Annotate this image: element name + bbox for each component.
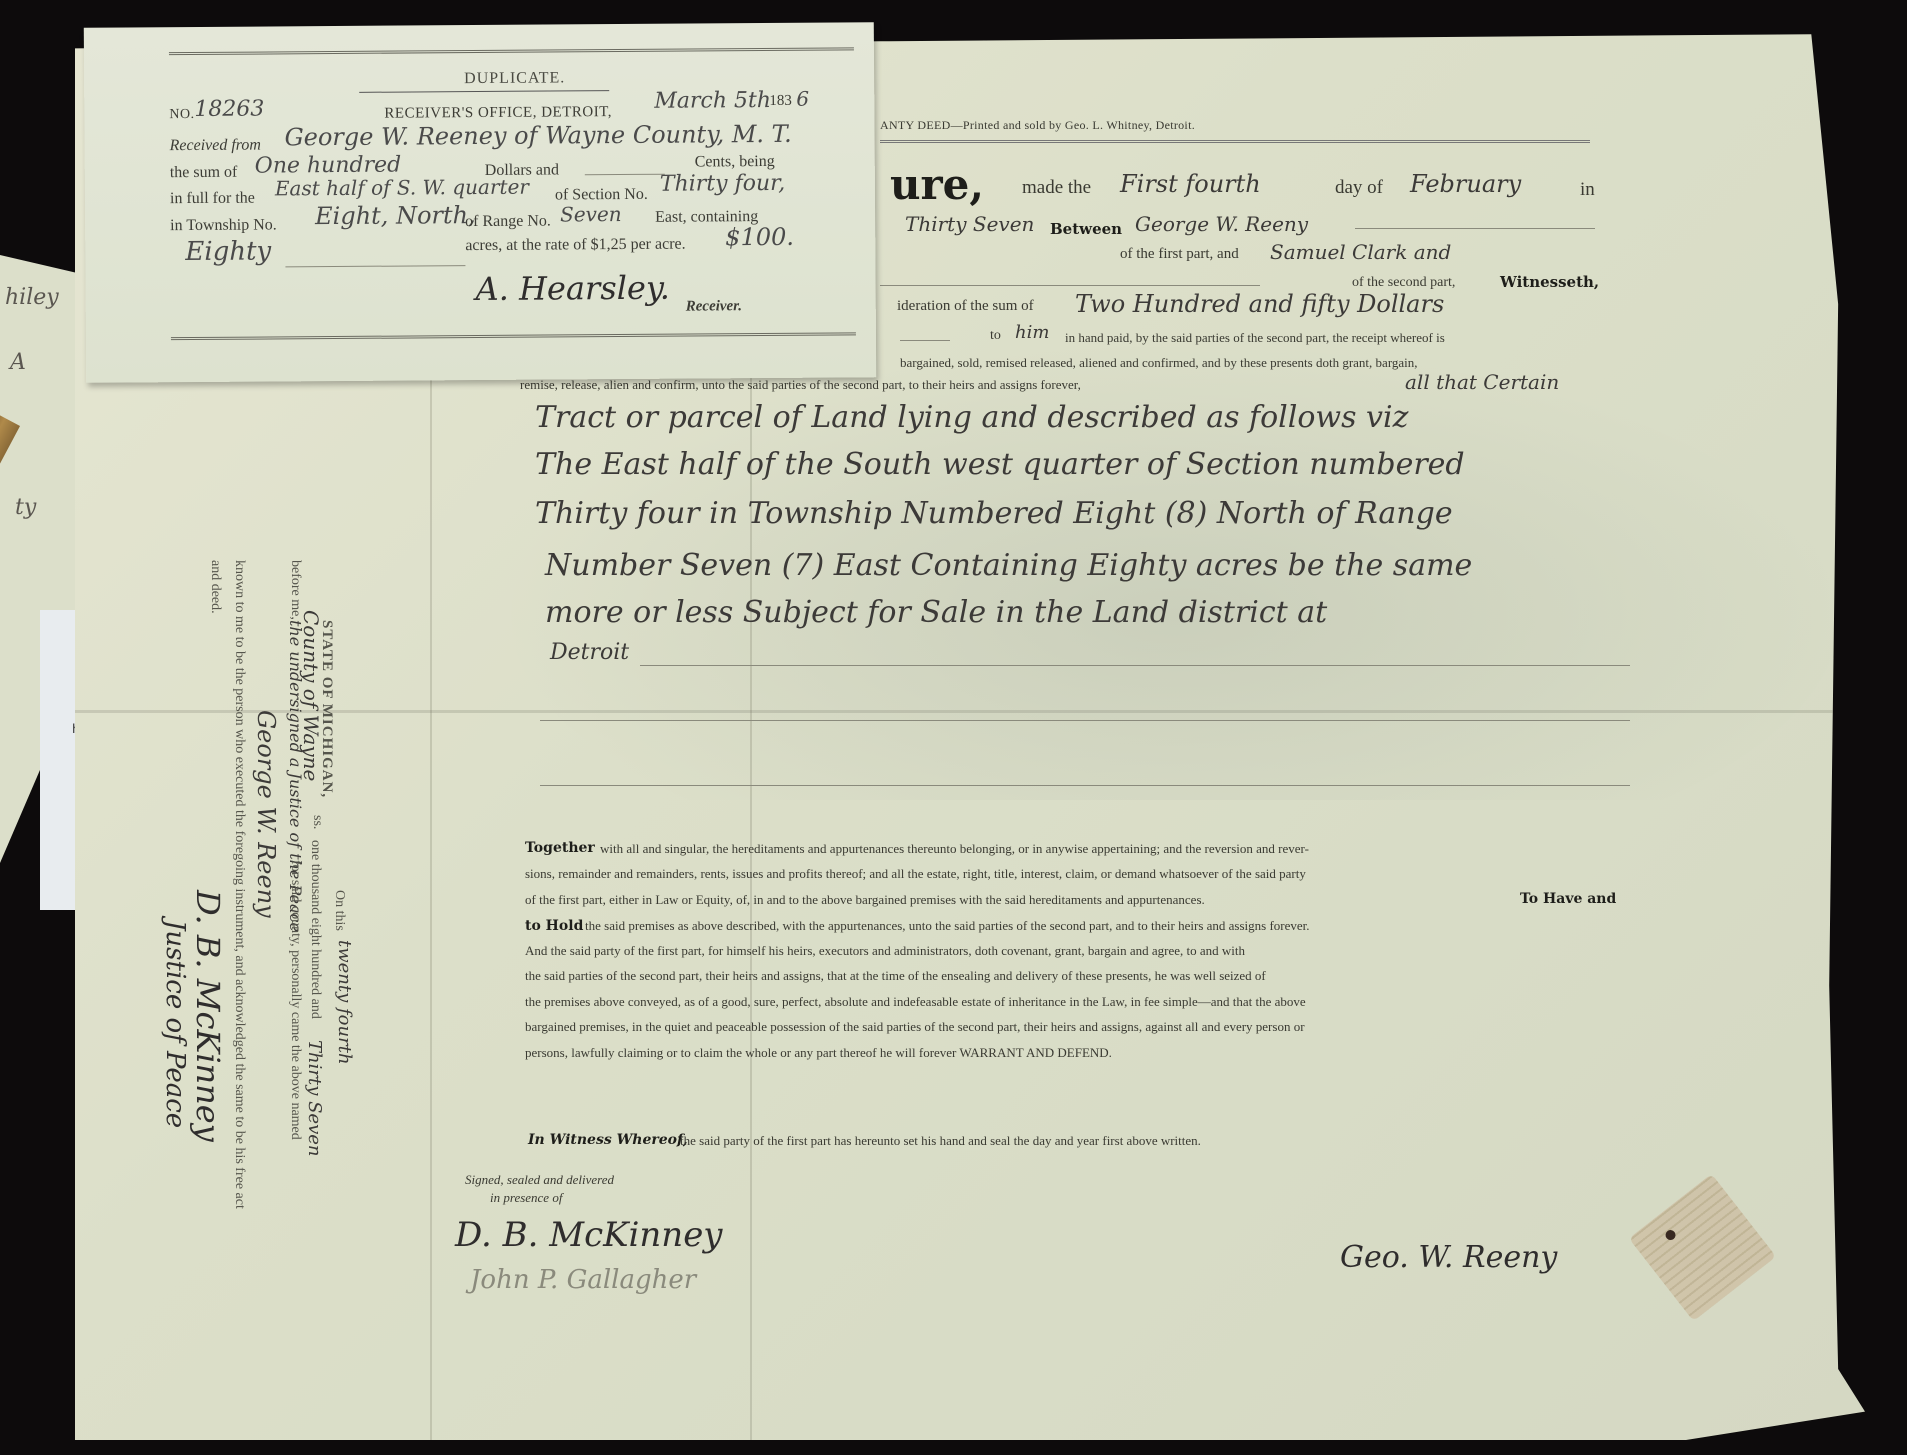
- county-text: for said county, personally came the abo…: [287, 860, 303, 1140]
- header-rule: [880, 140, 1590, 143]
- year-print: 183: [769, 93, 792, 110]
- justice-title-handwritten: Justice of Peace: [160, 920, 190, 1128]
- habendum-line: the said premises as above described, wi…: [585, 918, 1310, 934]
- to-label: to: [990, 328, 1001, 344]
- township-handwritten: Eight, North,: [315, 201, 476, 230]
- in-label: in: [1580, 179, 1595, 201]
- consideration-handwritten: Two Hundred and fifty Dollars: [1075, 290, 1444, 318]
- handwriting-fragment: ty: [15, 495, 36, 520]
- habendum-line: And the said party of the first part, fo…: [525, 943, 1245, 959]
- land-office-receipt: DUPLICATE. NO. 18263 RECEIVER'S OFFICE, …: [84, 22, 876, 383]
- grantor-handwritten: George W. Reeny: [1135, 212, 1308, 236]
- description-line: Number Seven (7) East Containing Eighty …: [545, 548, 1472, 583]
- cents-label: Cents, being: [695, 153, 775, 172]
- handwriting-fragment: A: [10, 350, 26, 375]
- month-handwritten: February: [1410, 170, 1521, 198]
- receipt-date: March 5th: [654, 88, 771, 114]
- and-deed-text: and deed.: [207, 560, 223, 614]
- signed-label: Signed, sealed and delivered: [465, 1172, 614, 1188]
- duplicate-heading: DUPLICATE.: [464, 69, 565, 88]
- remise-text: remise, release, alien and confirm, unto…: [520, 377, 1081, 393]
- habendum-line: persons, lawfully claiming or to claim t…: [525, 1045, 1112, 1061]
- witness-signature: D. B. McKinney: [455, 1215, 723, 1255]
- bargained-text: bargained, sold, remised released, alien…: [900, 355, 1418, 371]
- habendum-line: sions, remainder and remainders, rents, …: [525, 866, 1306, 882]
- first-part-label: of the first part, and: [1120, 246, 1239, 263]
- together-heading: Together: [525, 840, 595, 856]
- witness-text: the said party of the first part has her…: [680, 1133, 1201, 1149]
- received-from-label: Received from: [170, 137, 261, 156]
- gothic-heading: ure,: [890, 160, 984, 209]
- printer-line: ANTY DEED—Printed and sold by Geo. L. Wh…: [880, 118, 1195, 133]
- ack-year-handwritten: Thirty Seven: [304, 1040, 325, 1156]
- range-handwritten: Seven: [560, 202, 622, 226]
- fill-line: [900, 340, 950, 341]
- receiver-label: Receiver.: [686, 298, 742, 315]
- in-full-label: in full for the: [170, 190, 255, 209]
- habendum-line: with all and singular, the hereditaments…: [600, 841, 1309, 857]
- ss-label: ss.: [309, 815, 325, 829]
- seal-hole: [1664, 1228, 1678, 1242]
- habendum-line: of the first part, either in Law or Equi…: [525, 892, 1205, 908]
- year-handwritten: 6: [796, 87, 809, 111]
- sum-handwritten: One hundred: [255, 153, 402, 179]
- consideration-label: ideration of the sum of: [897, 298, 1034, 315]
- fill-line: [1355, 228, 1595, 229]
- acres-line: [285, 265, 465, 267]
- paid-text: in hand paid, by the said parties of the…: [1065, 330, 1445, 346]
- habendum-line: the premises above conveyed, as of a goo…: [525, 994, 1306, 1010]
- range-label: of Range No.: [465, 213, 551, 232]
- receipt-top-rule: [169, 47, 854, 55]
- received-from-handwritten: George W. Reeney of Wayne County, M. T.: [284, 120, 791, 152]
- thousand-text: one thousand eight hundred and: [307, 840, 323, 1019]
- second-part-label: of the second part,: [1352, 275, 1455, 291]
- description-line: more or less Subject for Sale in the Lan…: [545, 595, 1327, 630]
- before-me-label: before me,: [287, 560, 303, 620]
- presence-label: in presence of: [490, 1190, 562, 1206]
- day-handwritten: First fourth: [1120, 170, 1261, 198]
- year-handwritten: Thirty Seven: [905, 212, 1034, 236]
- person-handwritten: George W. Reeny: [252, 710, 280, 918]
- known-text: known to me to be the person who execute…: [231, 560, 247, 1209]
- to-hold-heading: to Hold: [525, 918, 583, 934]
- justice-signature: D. B. McKinney: [189, 890, 227, 1142]
- handwriting-fragment: hiley: [5, 285, 59, 310]
- fill-line: [540, 785, 1630, 786]
- heading-rule: [359, 90, 609, 93]
- acres-handwritten: Eighty: [185, 236, 271, 267]
- cents-line: [585, 174, 665, 176]
- on-this-label: On this: [331, 890, 347, 931]
- section-handwritten: Thirty four,: [660, 171, 785, 197]
- ack-day-handwritten: twenty fourth: [334, 940, 355, 1065]
- witness-heading: In Witness Whereof,: [528, 1132, 688, 1148]
- description-line: The East half of the South west quarter …: [535, 447, 1465, 482]
- in-full-handwritten: East half of S. W. quarter: [275, 175, 529, 201]
- fill-line: [540, 720, 1630, 721]
- sum-label: the sum of: [170, 164, 238, 182]
- rate-label: acres, at the rate of $1,25 per acre.: [465, 236, 685, 256]
- habendum-line: the said parties of the second part, the…: [525, 968, 1266, 984]
- receiver-signature: A. Hearsley.: [475, 269, 670, 308]
- acknowledgment-block: STATE OF MICHIGAN, County of Wayne ss. O…: [175, 560, 335, 1120]
- description-line: Thirty four in Township Numbered Eight (…: [535, 496, 1453, 531]
- fill-line: [640, 665, 1630, 666]
- receipt-number: 18263: [194, 97, 264, 122]
- to-have-heading: To Have and: [1520, 891, 1616, 907]
- number-label: NO.: [169, 107, 194, 123]
- to-handwritten: him: [1015, 322, 1049, 343]
- grantee-handwritten: Samuel Clark and: [1270, 240, 1451, 264]
- made-the-label: made the: [1022, 177, 1091, 199]
- township-label: in Township No.: [170, 216, 277, 235]
- witnesseth-heading: Witnesseth,: [1500, 273, 1599, 291]
- grantor-signature: Geo. W. Reeny: [1340, 1240, 1557, 1275]
- receipt-bottom-rule: [171, 332, 856, 340]
- description-line: Detroit: [550, 640, 629, 665]
- between-label: Between: [1050, 220, 1122, 238]
- remise-handwritten: all that Certain: [1405, 370, 1559, 394]
- fill-line: [880, 285, 1260, 286]
- day-of-label: day of: [1335, 177, 1383, 199]
- office-label: RECEIVER'S OFFICE, DETROIT,: [384, 104, 612, 123]
- habendum-line: bargained premises, in the quiet and pea…: [525, 1019, 1305, 1035]
- description-line: Tract or parcel of Land lying and descri…: [535, 400, 1408, 435]
- amount-handwritten: $100.: [725, 223, 794, 251]
- witness-signature: John P. Gallagher: [470, 1265, 696, 1295]
